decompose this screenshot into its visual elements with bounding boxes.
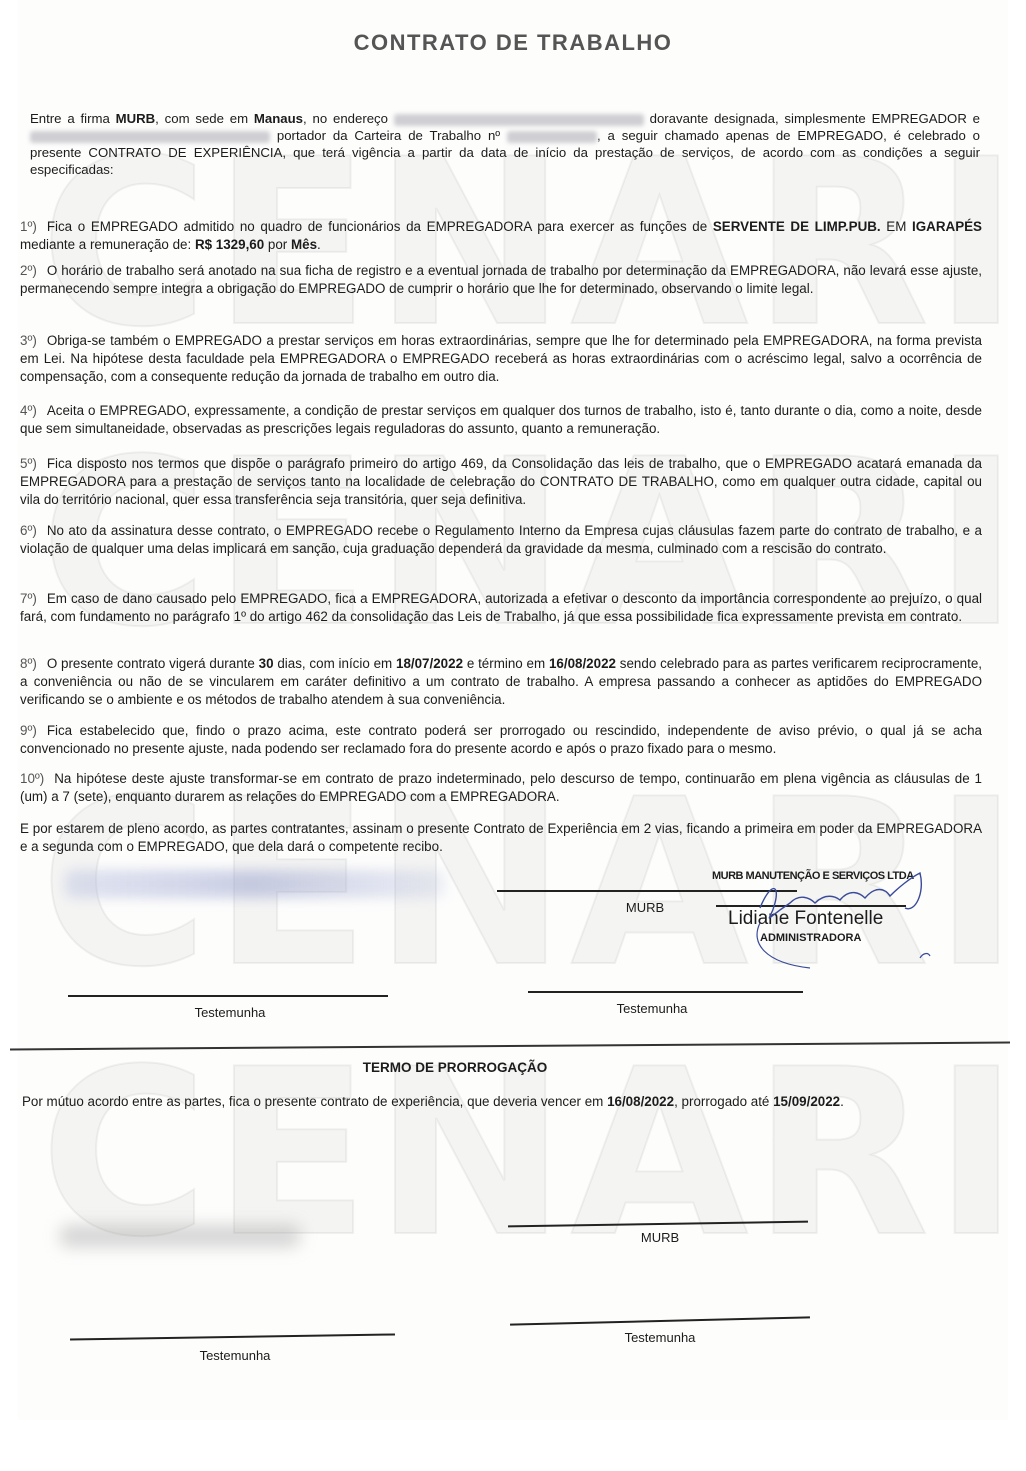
redacted-work-card-number [507, 131, 597, 143]
witness-2-label: Testemunha [572, 1001, 732, 1016]
document-title: CONTRATO DE TRABALHO [0, 30, 1026, 56]
clause-4: 4º)Aceita o EMPREGADO, expressamente, a … [20, 402, 982, 438]
salary-period: Mês [291, 237, 317, 252]
redacted-employee-signature-2 [60, 1225, 300, 1247]
redacted-employee-name [30, 131, 270, 143]
clause-6: 6º)No ato da assinatura desse contrato, … [20, 522, 982, 558]
clause-2: 2º)O horário de trabalho será anotado na… [20, 262, 982, 298]
salary: R$ 1329,60 [195, 237, 264, 252]
company-name: MURB [116, 111, 156, 126]
start-date: 18/07/2022 [396, 656, 463, 671]
clause-9: 9º)Fica estabelecido que, findo o prazo … [20, 722, 982, 758]
redacted-address [394, 114, 644, 126]
job-role: SERVENTE DE LIMP.PUB. [713, 219, 881, 234]
intro-paragraph: Entre a firma MURB, com sede em Manaus, … [30, 110, 980, 178]
clause-1: 1º)Fica o EMPREGADO admitido no quadro d… [20, 218, 982, 254]
extension-witness-1-label: Testemunha [155, 1348, 315, 1363]
document-page [18, 0, 1008, 1420]
employer-signature-label: MURB [590, 900, 700, 915]
extension-title: TERMO DE PRORROGAÇÃO [0, 1060, 910, 1075]
extension-employer-label: MURB [605, 1230, 715, 1245]
new-end-date: 15/09/2022 [773, 1094, 840, 1109]
extension-witness-2-label: Testemunha [580, 1330, 740, 1345]
clause-3: 3º)Obriga-se também o EMPREGADO a presta… [20, 332, 982, 386]
redacted-employee-signature [65, 870, 445, 898]
handwritten-signature-icon [720, 868, 940, 978]
witness-1-line [68, 995, 388, 997]
work-place: IGARAPÉS [912, 219, 982, 234]
closing-paragraph: E por estarem de pleno acordo, as partes… [20, 820, 982, 856]
original-end-date: 16/08/2022 [607, 1094, 674, 1109]
contract-days: 30 [259, 656, 274, 671]
extension-paragraph: Por mútuo acordo entre as partes, fica o… [22, 1093, 852, 1111]
clause-8: 8º)O presente contrato vigerá durante 30… [20, 655, 982, 709]
city-name: Manaus [254, 111, 303, 126]
witness-2-line [528, 991, 803, 993]
witness-1-label: Testemunha [150, 1005, 310, 1020]
end-date: 16/08/2022 [549, 656, 616, 671]
clause-7: 7º)Em caso de dano causado pelo EMPREGAD… [20, 590, 982, 626]
clause-10: 10º)Na hipótese deste ajuste transformar… [20, 770, 982, 806]
clause-5: 5º)Fica disposto nos termos que dispõe o… [20, 455, 982, 509]
